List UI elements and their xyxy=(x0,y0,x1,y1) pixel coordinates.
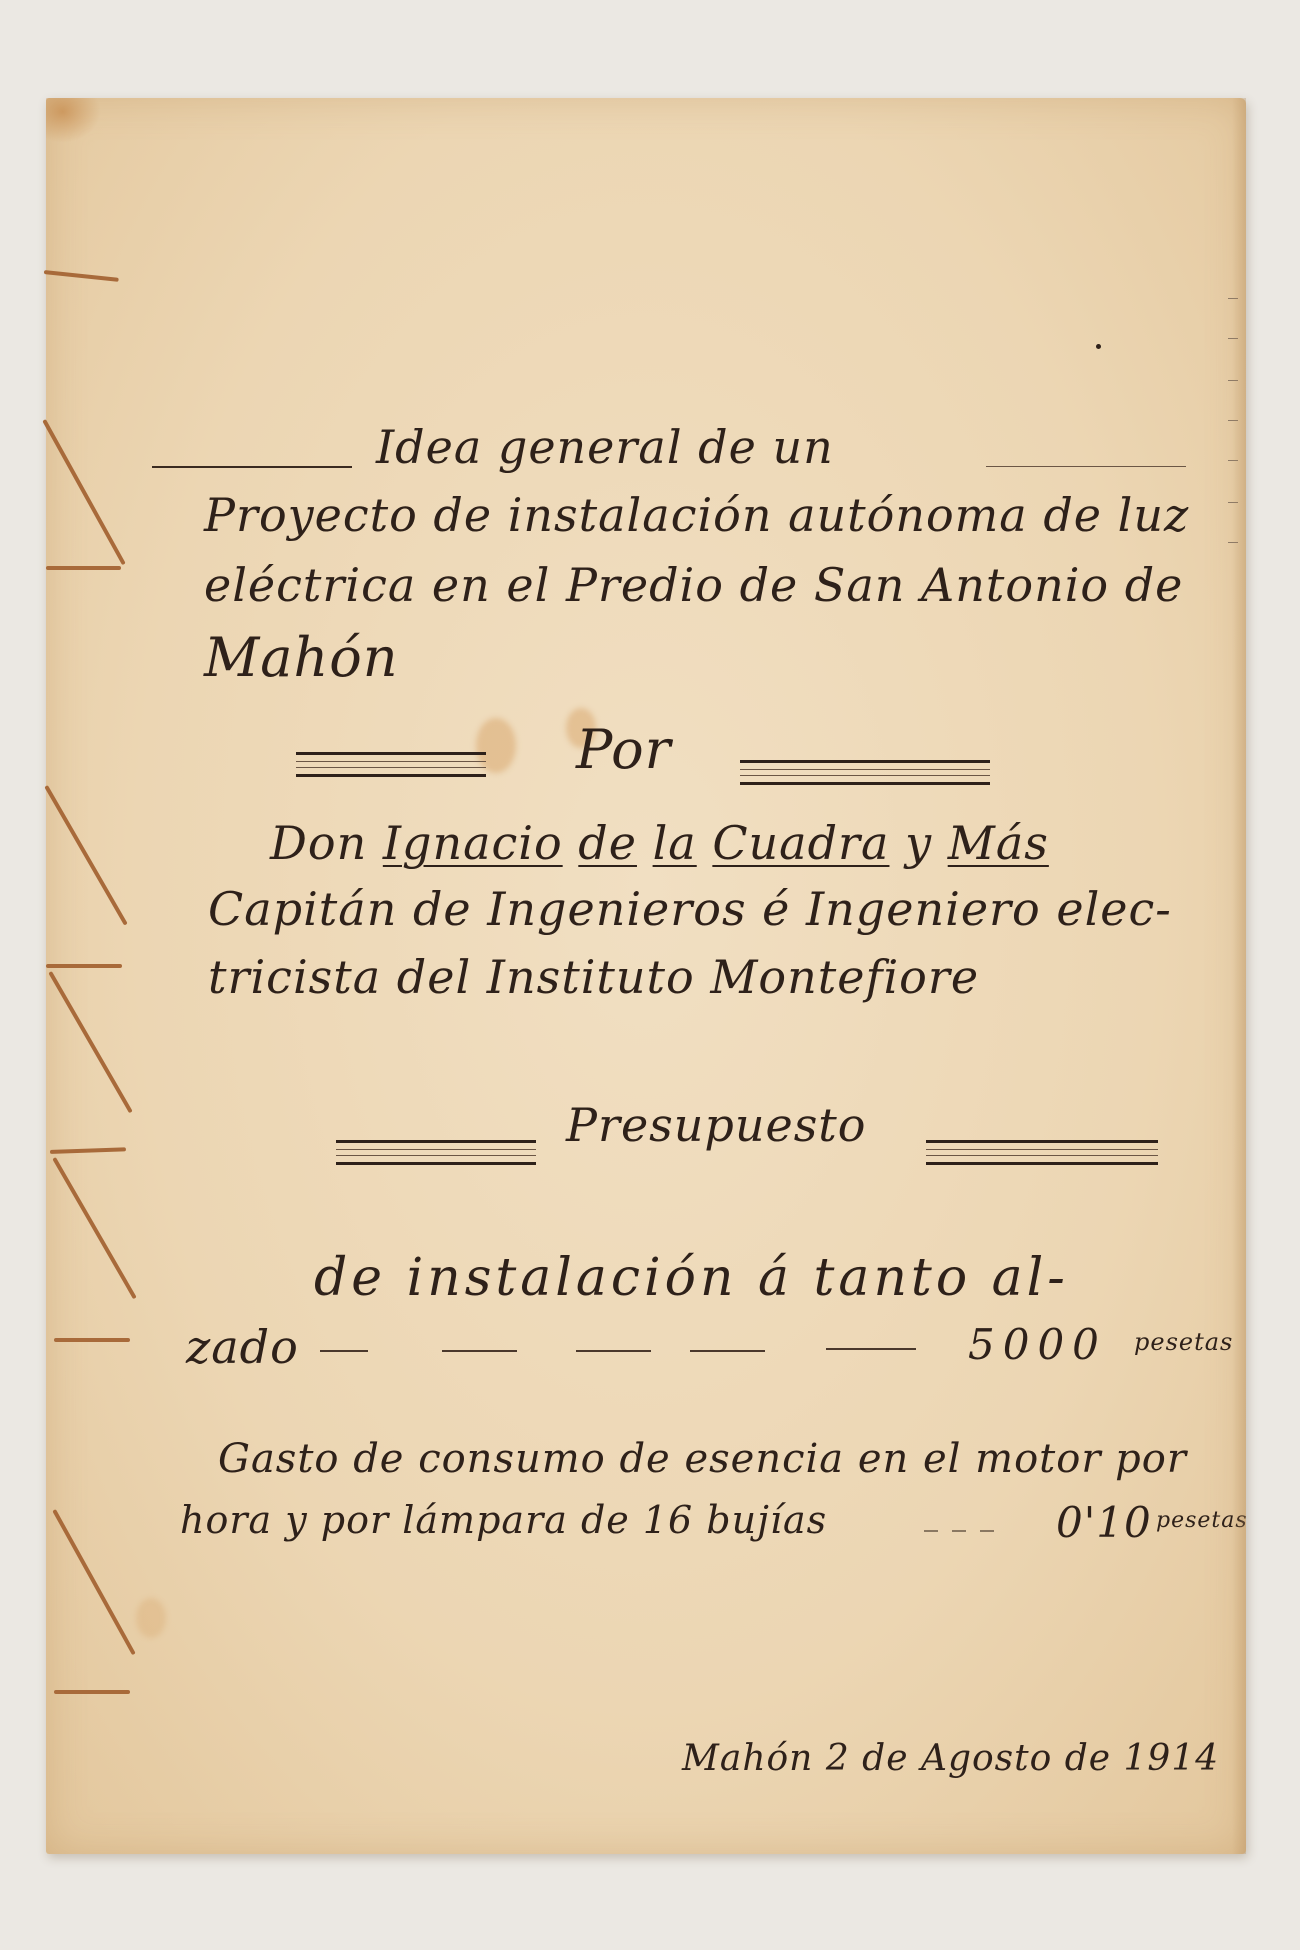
binding-thread xyxy=(54,1690,130,1694)
author-surname-1: Cuadra xyxy=(712,816,889,870)
por-decoration-left xyxy=(296,752,486,777)
budget-item-1-unit: pesetas xyxy=(1134,1328,1233,1356)
project-line-2: eléctrica en el Predio de San Antonio de xyxy=(204,558,1183,612)
binding-thread xyxy=(46,964,122,968)
edge-mark xyxy=(1228,380,1238,381)
author-title-line-1: Capitán de Ingenieros é Ingeniero elec- xyxy=(208,882,1172,936)
budget-item-2-unit: pesetas xyxy=(1156,1508,1248,1533)
title-rule-right xyxy=(986,466,1186,467)
leader-dash xyxy=(826,1348,916,1350)
by-label: Por xyxy=(576,718,671,781)
author-given-name: Ignacio xyxy=(383,816,563,870)
manuscript-page: Idea general de un Proyecto de instalaci… xyxy=(46,98,1246,1854)
ink-dot xyxy=(1096,344,1101,349)
budget-decoration-left xyxy=(336,1140,536,1165)
author-surname-2: Más xyxy=(948,816,1049,870)
por-decoration-right xyxy=(740,760,990,785)
place-date-line: Mahón 2 de Agosto de 1914 xyxy=(682,1738,1219,1779)
budget-item-1-line-1: de instalación á tanto al- xyxy=(314,1248,1069,1308)
binding-thread xyxy=(48,971,132,1113)
budget-item-2-amount: 0'10 xyxy=(1056,1498,1152,1547)
binding-thread xyxy=(46,566,121,570)
budget-item-2-line-1: Gasto de consumo de esencia en el motor … xyxy=(218,1436,1187,1482)
edge-mark xyxy=(1228,338,1238,339)
leader-dash xyxy=(576,1350,651,1352)
edge-mark xyxy=(1228,298,1238,299)
binding-thread xyxy=(54,1338,130,1342)
budget-decoration-right xyxy=(926,1140,1158,1165)
edge-mark xyxy=(1228,542,1238,543)
title-rule-left xyxy=(152,466,352,468)
leader-dash xyxy=(952,1530,966,1532)
budget-heading: Presupuesto xyxy=(566,1098,866,1152)
binding-thread xyxy=(44,785,127,926)
edge-mark xyxy=(1228,420,1238,421)
project-line-3: Mahón xyxy=(204,626,399,689)
title-line: Idea general de un xyxy=(376,420,834,474)
budget-item-1-amount: 5000 xyxy=(968,1320,1107,1369)
author-conjunction: y xyxy=(905,816,932,870)
edge-mark xyxy=(1228,502,1238,503)
project-line-1: Proyecto de instalación autónoma de luz xyxy=(204,488,1189,542)
leader-dash xyxy=(690,1350,765,1352)
author-particle: la xyxy=(653,816,697,870)
leader-dash xyxy=(924,1530,938,1532)
leader-dash xyxy=(442,1350,517,1352)
leader-dash xyxy=(980,1530,994,1532)
budget-item-1-line-2: zado xyxy=(186,1320,299,1374)
author-title-line-2: tricista del Instituto Montefiore xyxy=(208,950,979,1004)
author-particle: de xyxy=(578,816,637,870)
foxing-stain xyxy=(136,1598,166,1638)
binding-thread xyxy=(50,1147,126,1154)
budget-item-2-line-2: hora y por lámpara de 16 bujías xyxy=(180,1498,827,1542)
binding-thread xyxy=(52,1509,135,1655)
leader-dash xyxy=(320,1350,368,1352)
binding-thread xyxy=(44,270,119,282)
edge-mark xyxy=(1228,460,1238,461)
author-line: Don Ignacio de la Cuadra y Más xyxy=(270,816,1049,870)
binding-thread xyxy=(52,1157,136,1299)
binding-thread xyxy=(42,419,125,565)
author-prefix: Don xyxy=(270,816,367,870)
